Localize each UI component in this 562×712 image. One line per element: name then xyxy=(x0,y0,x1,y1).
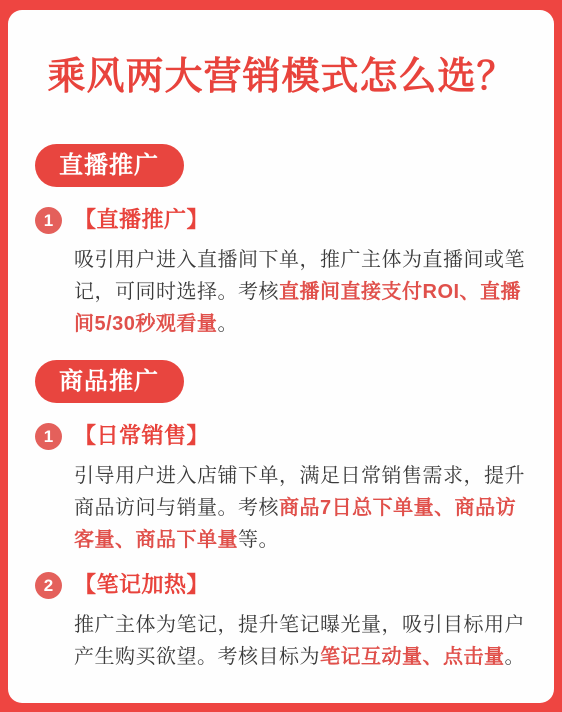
item-text: 吸引用户进入直播间下单，推广主体为直播间或笔记，可同时选择。考核直播间直接支付R… xyxy=(74,244,528,340)
number-circle: 2 xyxy=(35,572,62,599)
number-label: 1 xyxy=(44,211,53,231)
item-content: 【笔记加热】 推广主体为笔记，提升笔记曝光量，吸引目标用户产生购买欲望。考核目标… xyxy=(74,570,528,673)
list-item-daily-sales: 1 【日常销售】 引导用户进入店铺下单，满足日常销售需求，提升商品访问与销量。考… xyxy=(35,421,528,556)
item-heading: 【日常销售】 xyxy=(74,421,528,451)
number-label: 2 xyxy=(44,576,53,596)
section-live-promotion: 直播推广 1 【直播推广】 吸引用户进入直播间下单，推广主体为直播间或笔记，可同… xyxy=(35,144,528,340)
item-heading: 【笔记加热】 xyxy=(74,570,528,600)
number-circle: 1 xyxy=(35,423,62,450)
list-item-live-promotion: 1 【直播推广】 吸引用户进入直播间下单，推广主体为直播间或笔记，可同时选择。考… xyxy=(35,205,528,340)
badge-live-promotion: 直播推广 xyxy=(35,144,184,187)
section-product-promotion: 商品推广 1 【日常销售】 引导用户进入店铺下单，满足日常销售需求，提升商品访问… xyxy=(35,360,528,673)
text-plain: 。 xyxy=(217,313,238,335)
badge-product-promotion: 商品推广 xyxy=(35,360,184,403)
text-plain: 等。 xyxy=(238,529,279,551)
item-text: 引导用户进入店铺下单，满足日常销售需求，提升商品访问与销量。考核商品7日总下单量… xyxy=(74,460,528,556)
text-emphasis: 笔记互动量、点击量 xyxy=(320,646,505,668)
item-text: 推广主体为笔记，提升笔记曝光量，吸引目标用户产生购买欲望。考核目标为笔记互动量、… xyxy=(74,609,528,673)
text-plain: 。 xyxy=(505,646,526,668)
item-heading: 【直播推广】 xyxy=(74,205,528,235)
item-content: 【日常销售】 引导用户进入店铺下单，满足日常销售需求，提升商品访问与销量。考核商… xyxy=(74,421,528,556)
poster-frame: 乘风两大营销模式怎么选？ 直播推广 1 【直播推广】 吸引用户进入直播间下单，推… xyxy=(0,0,562,712)
number-label: 1 xyxy=(44,427,53,447)
poster-panel: 乘风两大营销模式怎么选？ 直播推广 1 【直播推广】 吸引用户进入直播间下单，推… xyxy=(8,10,554,703)
page-title: 乘风两大营销模式怎么选？ xyxy=(35,54,528,100)
number-circle: 1 xyxy=(35,207,62,234)
list-item-note-heating: 2 【笔记加热】 推广主体为笔记，提升笔记曝光量，吸引目标用户产生购买欲望。考核… xyxy=(35,570,528,673)
item-content: 【直播推广】 吸引用户进入直播间下单，推广主体为直播间或笔记，可同时选择。考核直… xyxy=(74,205,528,340)
